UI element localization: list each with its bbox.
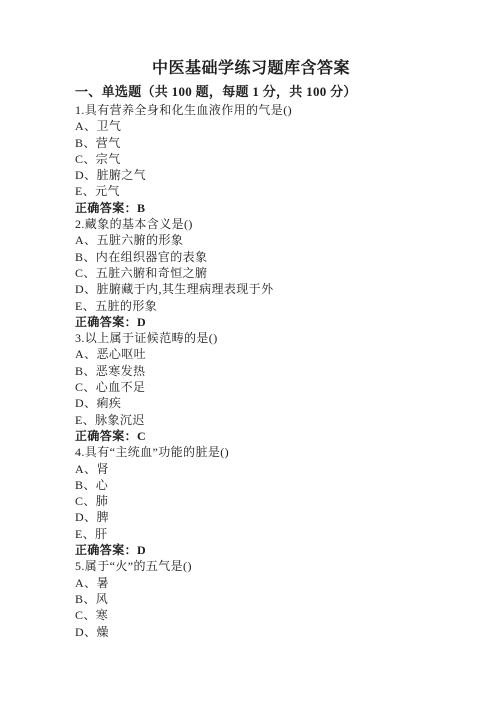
option: C、宗气 xyxy=(75,151,445,167)
option: B、心 xyxy=(75,477,445,493)
question-block-4: 4.具有“主统血”功能的脏是()A、肾B、心C、肺D、脾E、肝正确答案：D xyxy=(75,444,445,558)
option: B、营气 xyxy=(75,135,445,151)
section-heading: 一、单选题（共 100 题，每题 1 分，共 100 分） xyxy=(75,84,445,99)
answer-line: 正确答案：B xyxy=(75,200,445,216)
question-block-2: 2.藏象的基本含义是()A、五脏六腑的形象B、内在组织器官的表象C、五脏六腑和奇… xyxy=(75,216,445,330)
option: A、肾 xyxy=(75,461,445,477)
option: E、元气 xyxy=(75,183,445,199)
question-text: 1.具有营养全身和化生血液作用的气是() xyxy=(75,102,445,118)
question-text: 4.具有“主统血”功能的脏是() xyxy=(75,444,445,460)
option: D、燥 xyxy=(75,624,445,640)
option: A、暑 xyxy=(75,575,445,591)
option: A、五脏六腑的形象 xyxy=(75,232,445,248)
question-block-3: 3.以上属于证候范畴的是()A、恶心呕吐B、恶寒发热C、心血不足D、痢疾E、脉象… xyxy=(75,330,445,444)
option: A、卫气 xyxy=(75,118,445,134)
option: E、五脏的形象 xyxy=(75,298,445,314)
option: B、风 xyxy=(75,591,445,607)
question-list: 1.具有营养全身和化生血液作用的气是()A、卫气B、营气C、宗气D、脏腑之气E、… xyxy=(75,102,445,640)
question-text: 3.以上属于证候范畴的是() xyxy=(75,330,445,346)
document-page: 中医基础学练习题库含答案 一、单选题（共 100 题，每题 1 分，共 100 … xyxy=(0,0,500,707)
option: D、脏腑之气 xyxy=(75,167,445,183)
option: D、脏腑藏于内,其生理病理表现于外 xyxy=(75,281,445,297)
question-text: 5.属于“火”的五气是() xyxy=(75,558,445,574)
option: C、心血不足 xyxy=(75,379,445,395)
option: D、痢疾 xyxy=(75,395,445,411)
answer-line: 正确答案：D xyxy=(75,542,445,558)
option: C、肺 xyxy=(75,493,445,509)
question-block-5: 5.属于“火”的五气是()A、暑B、风C、寒D、燥 xyxy=(75,558,445,639)
option: C、五脏六腑和奇恒之腑 xyxy=(75,265,445,281)
option: A、恶心呕吐 xyxy=(75,346,445,362)
document-title: 中医基础学练习题库含答案 xyxy=(75,60,445,77)
answer-line: 正确答案：D xyxy=(75,314,445,330)
question-text: 2.藏象的基本含义是() xyxy=(75,216,445,232)
option: E、脉象沉迟 xyxy=(75,412,445,428)
option: C、寒 xyxy=(75,607,445,623)
option: D、脾 xyxy=(75,509,445,525)
option: B、内在组织器官的表象 xyxy=(75,249,445,265)
option: E、肝 xyxy=(75,526,445,542)
answer-line: 正确答案：C xyxy=(75,428,445,444)
question-block-1: 1.具有营养全身和化生血液作用的气是()A、卫气B、营气C、宗气D、脏腑之气E、… xyxy=(75,102,445,216)
option: B、恶寒发热 xyxy=(75,363,445,379)
